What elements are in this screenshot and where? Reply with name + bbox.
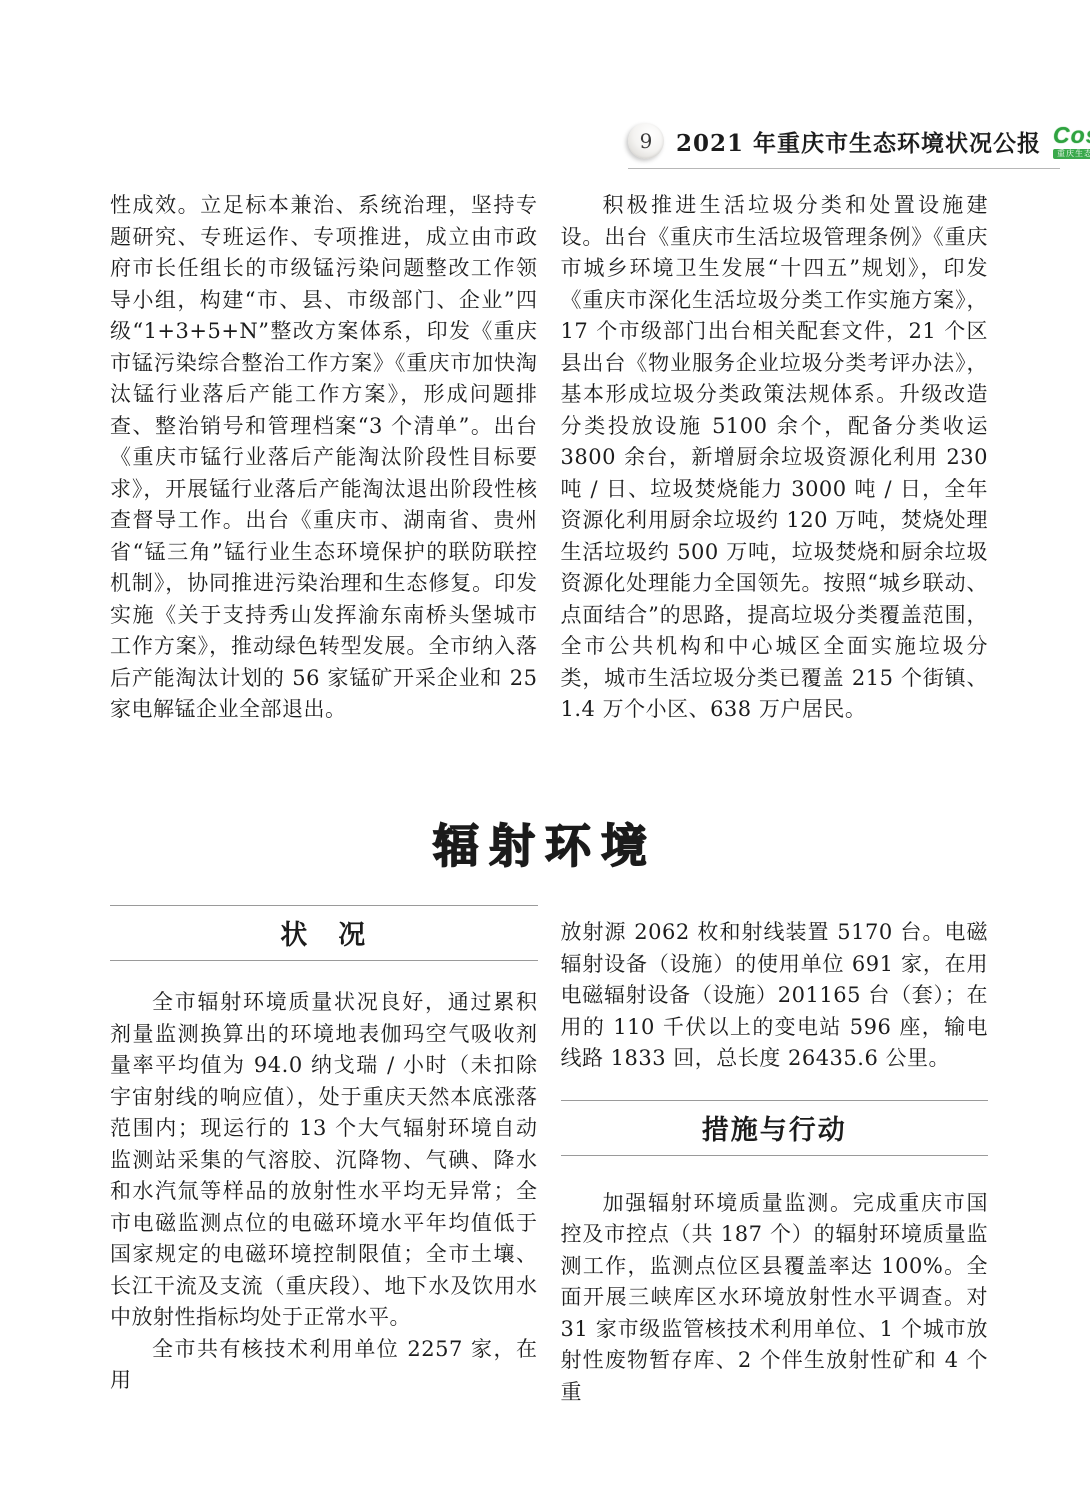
page-number-badge: 9 [628,123,664,159]
publisher-logo: Cose 重庆生态环境 [1053,124,1090,159]
radiation-section: 状 况 全市辐射环境质量状况良好，通过累积剂量监测换算出的环境地表伽玛空气吸收剂… [110,905,988,1408]
section-title-radiation: 辐射环境 [0,810,1090,876]
status-paragraph-2-continued: 放射源 2062 枚和射线装置 5170 台。电磁辐射设备（设施）的使用单位 6… [561,905,989,1075]
manganese-paragraph: 性成效。立足标本兼治、系统治理，坚持专题研究、专班运作、专项推进，成立由市政府市… [110,190,538,726]
right-column: 积极推进生活垃圾分类和处置设施建设。出台《重庆市生活垃圾管理条例》《重庆市城乡环… [561,190,989,726]
logo-wordmark: Cose [1053,124,1090,147]
right-column: 放射源 2062 枚和射线装置 5170 台。电磁辐射设备（设施）的使用单位 6… [561,905,989,1408]
left-column: 状 况 全市辐射环境质量状况良好，通过累积剂量监测换算出的环境地表伽玛空气吸收剂… [110,905,538,1408]
document-page: 9 2021 年重庆市生态环境状况公报 Cose 重庆生态环境 性成效。立足标本… [0,0,1090,1489]
measures-paragraph: 加强辐射环境质量监测。完成重庆市国控及市控点（共 187 个）的辐射环境质量监测… [561,1188,989,1409]
measures-heading: 措施与行动 [561,1100,989,1156]
left-column: 性成效。立足标本兼治、系统治理，坚持专题研究、专班运作、专项推进，成立由市政府市… [110,190,538,726]
document-title: 2021 年重庆市生态环境状况公报 [676,125,1041,158]
page-header: 9 2021 年重庆市生态环境状况公报 Cose 重庆生态环境 [628,123,1060,169]
status-heading: 状 况 [110,905,538,961]
waste-section: 性成效。立足标本兼治、系统治理，坚持专题研究、专班运作、专项推进，成立由市政府市… [110,190,988,726]
status-paragraph-2: 全市共有核技术利用单位 2257 家，在用 [110,1334,538,1397]
logo-subtext: 重庆生态环境 [1053,149,1090,159]
status-paragraph-1: 全市辐射环境质量状况良好，通过累积剂量监测换算出的环境地表伽玛空气吸收剂量率平均… [110,987,538,1334]
waste-sorting-paragraph: 积极推进生活垃圾分类和处置设施建设。出台《重庆市生活垃圾管理条例》《重庆市城乡环… [561,190,989,726]
page-number: 9 [640,129,653,153]
